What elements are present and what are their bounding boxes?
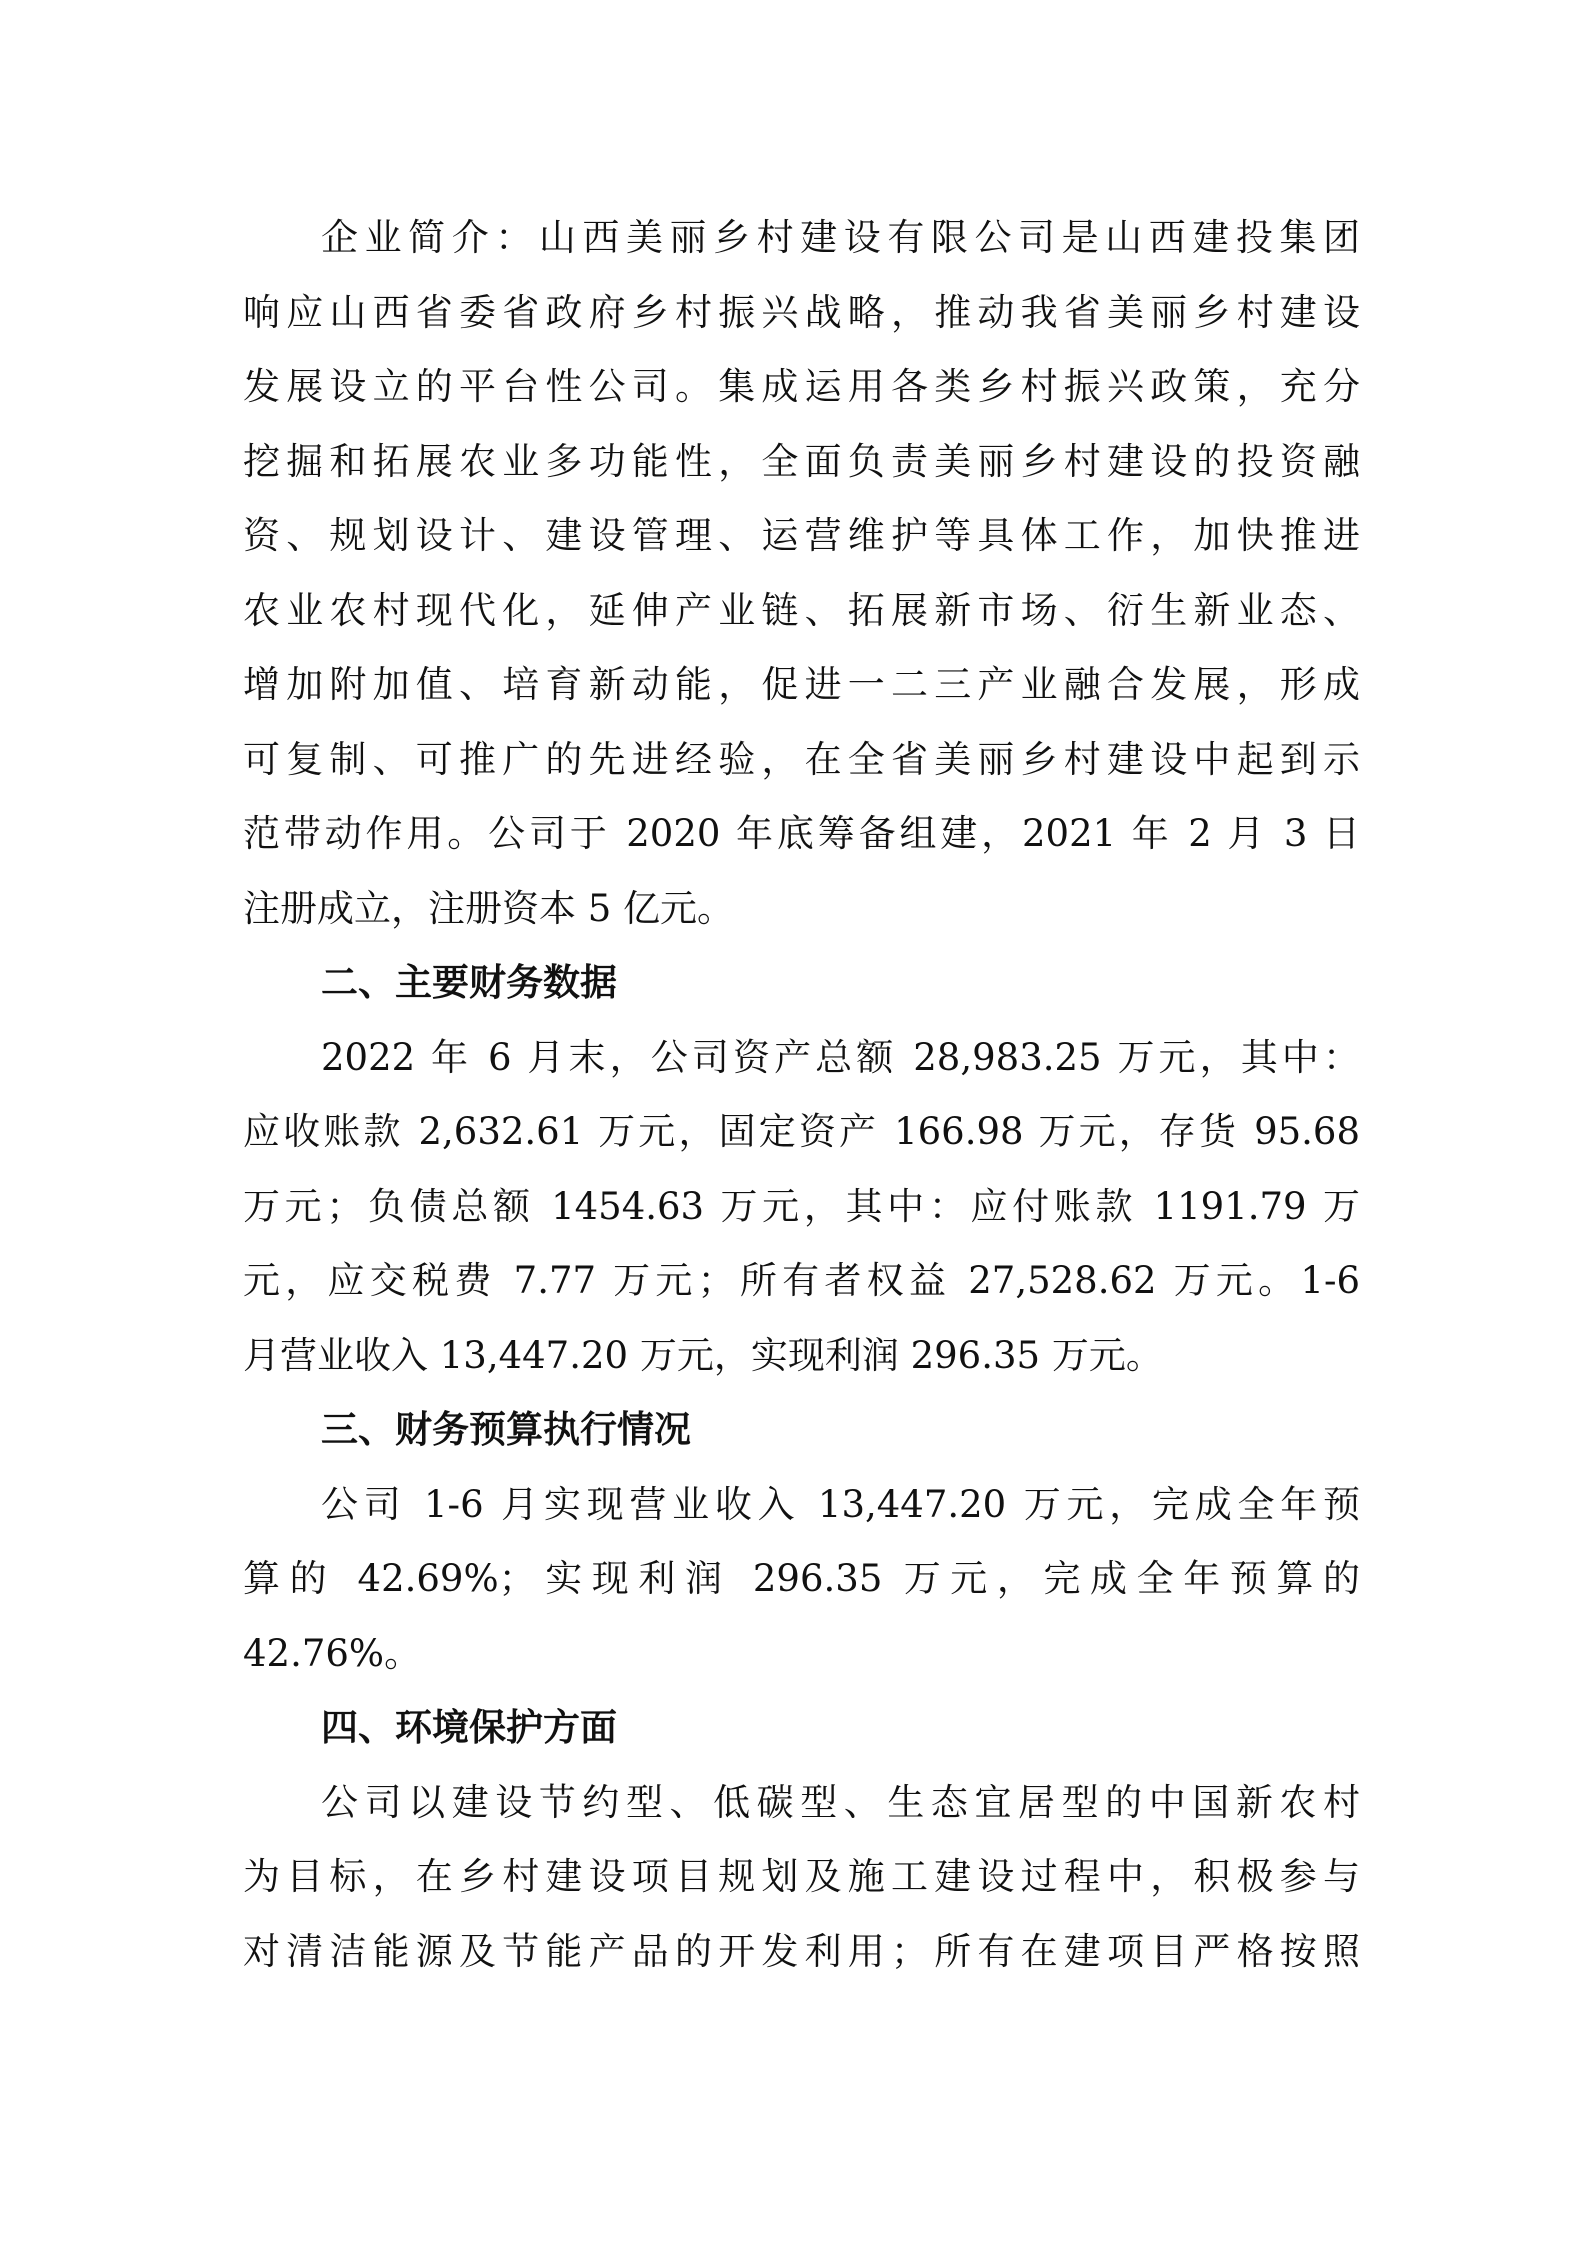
paragraph-line: 应收账款 2,632.61 万元，固定资产 166.98 万元，存货 95.68: [243, 1099, 1360, 1174]
budget-execution-section: 三、财务预算执行情况 公司 1-6 月实现营业收入 13,447.20 万元，完…: [243, 1397, 1360, 1695]
intro-line: 范带动作用。公司于 2020 年底筹备组建，2021 年 2 月 3 日: [243, 801, 1360, 876]
intro-line: 可复制、可推广的先进经验，在全省美丽乡村建设中起到示: [243, 727, 1360, 802]
paragraph-line: 对清洁能源及节能产品的开发利用；所有在建项目严格按照: [243, 1919, 1360, 1994]
paragraph-line: 公司以建设节约型、低碳型、生态宜居型的中国新农村: [243, 1770, 1360, 1845]
section-heading: 二、主要财务数据: [243, 950, 1360, 1025]
document-page: 企业简介：山西美丽乡村建设有限公司是山西建投集团 响应山西省委省政府乡村振兴战略…: [243, 205, 1360, 1993]
intro-line: 挖掘和拓展农业多功能性，全面负责美丽乡村建设的投资融: [243, 429, 1360, 504]
paragraph-line: 2022 年 6 月末，公司资产总额 28,983.25 万元，其中：: [243, 1025, 1360, 1100]
paragraph-line: 元，应交税费 7.77 万元；所有者权益 27,528.62 万元。1-6: [243, 1248, 1360, 1323]
intro-line: 增加附加值、培育新动能，促进一二三产业融合发展，形成: [243, 652, 1360, 727]
company-intro: 企业简介：山西美丽乡村建设有限公司是山西建投集团 响应山西省委省政府乡村振兴战略…: [243, 205, 1360, 950]
paragraph-line: 为目标，在乡村建设项目规划及施工建设过程中，积极参与: [243, 1844, 1360, 1919]
section-heading: 四、环境保护方面: [243, 1695, 1360, 1770]
paragraph-line: 公司 1-6 月实现营业收入 13,447.20 万元，完成全年预: [243, 1472, 1360, 1547]
intro-line: 注册成立，注册资本 5 亿元。: [243, 876, 1360, 951]
intro-line: 发展设立的平台性公司。集成运用各类乡村振兴政策，充分: [243, 354, 1360, 429]
environmental-protection-section: 四、环境保护方面 公司以建设节约型、低碳型、生态宜居型的中国新农村 为目标，在乡…: [243, 1695, 1360, 1993]
paragraph-line: 月营业收入 13,447.20 万元，实现利润 296.35 万元。: [243, 1323, 1360, 1398]
paragraph-line: 万元；负债总额 1454.63 万元，其中：应付账款 1191.79 万: [243, 1174, 1360, 1249]
intro-line: 农业农村现代化，延伸产业链、拓展新市场、衍生新业态、: [243, 578, 1360, 653]
intro-line: 资、规划设计、建设管理、运营维护等具体工作，加快推进: [243, 503, 1360, 578]
section-heading: 三、财务预算执行情况: [243, 1397, 1360, 1472]
intro-line: 企业简介：山西美丽乡村建设有限公司是山西建投集团: [243, 205, 1360, 280]
intro-line: 响应山西省委省政府乡村振兴战略，推动我省美丽乡村建设: [243, 280, 1360, 355]
paragraph-line: 42.76%。: [243, 1621, 1360, 1696]
paragraph-line: 算的 42.69%；实现利润 296.35 万元，完成全年预算的: [243, 1546, 1360, 1621]
financial-data-section: 二、主要财务数据 2022 年 6 月末，公司资产总额 28,983.25 万元…: [243, 950, 1360, 1397]
